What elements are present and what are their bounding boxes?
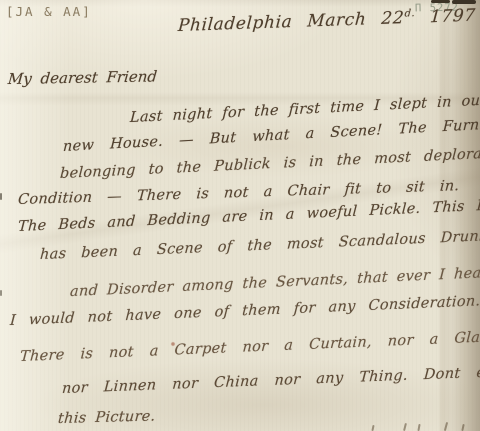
letter-line: and Disorder among the Servants, that ev… (70, 263, 480, 300)
page-edge-mark (0, 290, 2, 296)
dateline-year: 1797 (429, 6, 476, 28)
cutoff-letter-strokes (403, 423, 407, 431)
cutoff-letter-strokes (444, 422, 448, 431)
letter-scan: [JA & AA] Π 5272 Philadelphia March 22d.… (0, 0, 480, 431)
cutoff-ink-mark (452, 0, 476, 4)
cutoff-ink-mark (431, 0, 450, 3)
cutoff-letter-strokes (461, 424, 464, 431)
cutoff-letter-strokes (417, 424, 420, 431)
letter-line: this Picture. (57, 408, 156, 427)
letter-line: nor Linnen nor China nor any Thing. Dont… (61, 363, 480, 397)
page-edge-mark (0, 193, 2, 200)
cutoff-letter-strokes (371, 425, 374, 431)
letter-line: There is not a Carpet nor a Curtain, nor… (19, 329, 480, 365)
dateline: Philadelphia March 22d. 1797 (177, 6, 476, 36)
letter-line: has been a Scene of the most Scandalous … (39, 226, 480, 263)
archival-mark-top-left: [JA & AA] (6, 4, 92, 19)
dateline-place-day: Philadelphia March 22 (177, 8, 405, 36)
salutation: My dearest Friend (7, 67, 158, 88)
dateline-ordinal: d. (404, 8, 416, 19)
